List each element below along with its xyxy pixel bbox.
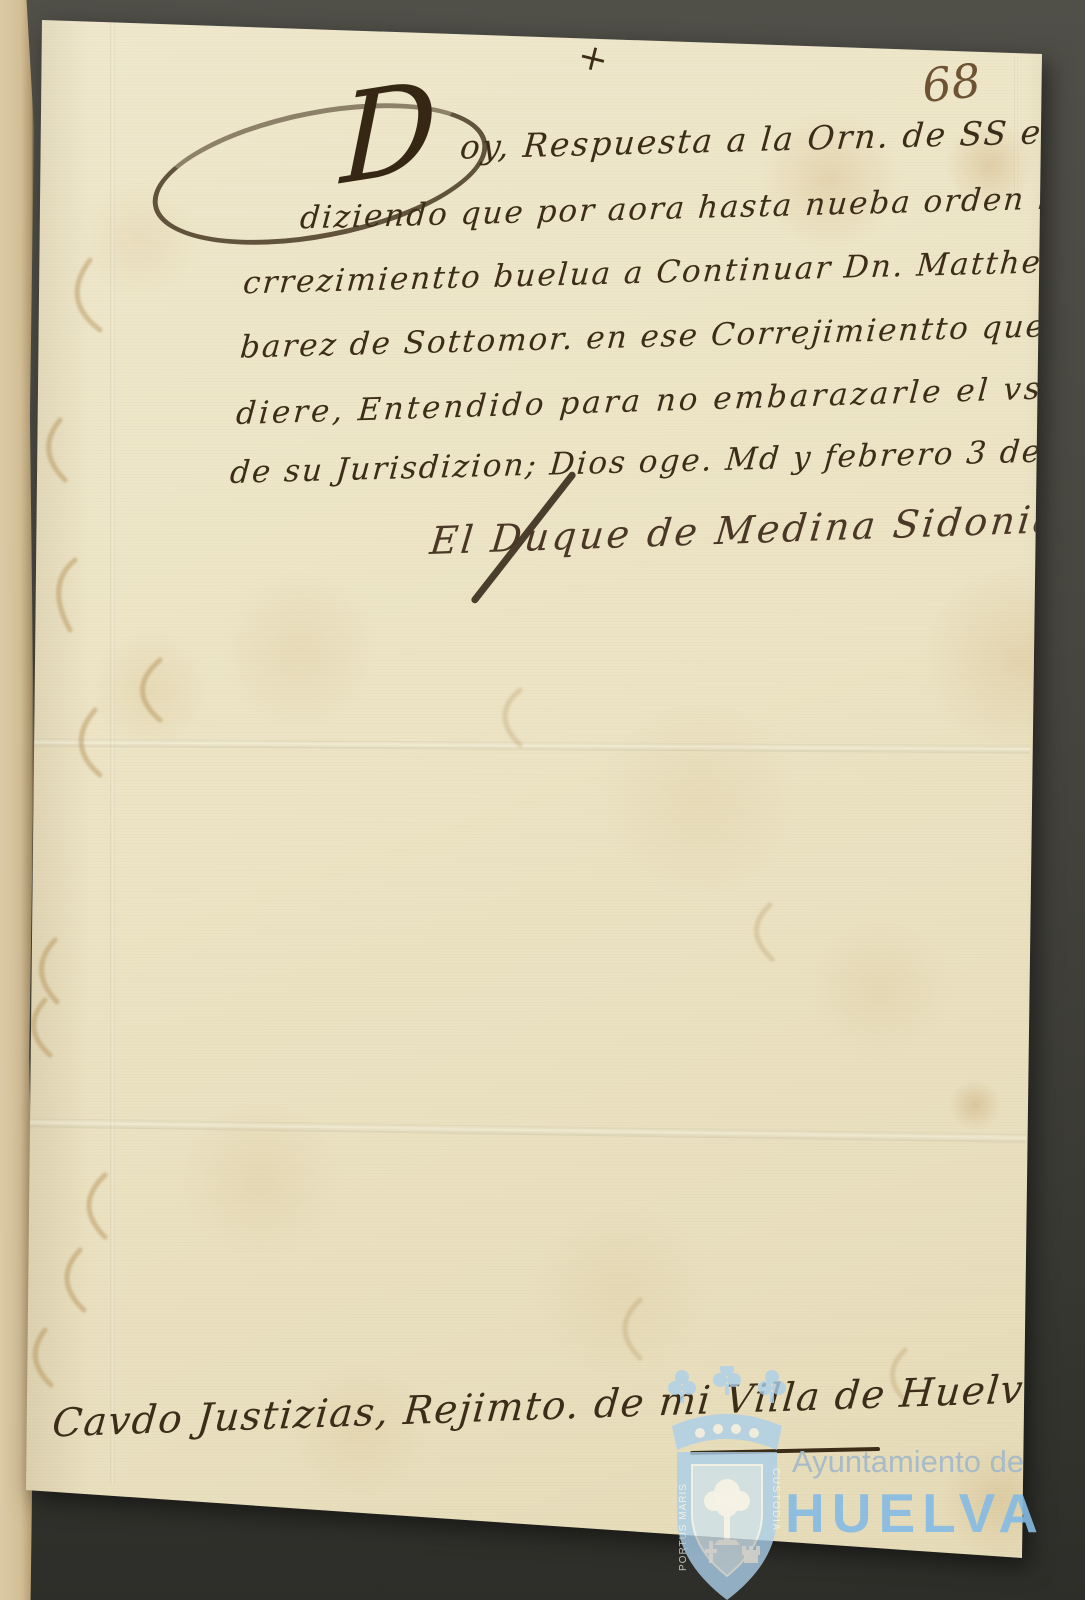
- text-line-5: diere, Entendido para no embarazarle el …: [235, 370, 1066, 432]
- scanned-manuscript: + 68 D oy, Respuesta a la Orn. de SS el …: [0, 0, 1085, 1600]
- huelva-coat-of-arms-watermark: PORTUS MARIS CUSTODIA: [652, 1366, 802, 1600]
- signature: El Duque de Medina Sidonia: [428, 497, 1061, 563]
- page-number: 68: [919, 53, 983, 113]
- crown: [672, 1414, 782, 1450]
- text-line-6: de su Jurisdizion; Dios oge. Md y febrer…: [229, 431, 1085, 491]
- text-line-4: barez de Sottomor. en ese Correjimientto…: [239, 306, 1085, 365]
- trefoil-ornaments: [668, 1366, 786, 1403]
- address-line: Cavdo Justizias, Rejimto. de mi Villa de…: [50, 1367, 1050, 1447]
- watermark-city-name: HUELVA: [785, 1481, 1045, 1545]
- invocation-cross: +: [573, 35, 612, 82]
- fold-crease-lower: [26, 1118, 1026, 1143]
- shield-motto-right: CUSTODIA: [770, 1468, 781, 1532]
- initial-capital: D: [340, 63, 439, 202]
- text-line-1: oy, Respuesta a la Orn. de SS el pasado: [459, 108, 1085, 166]
- binding-crease: [110, 20, 115, 1485]
- tower-charge: [742, 1546, 760, 1563]
- ink-bleedthrough-marks: [0, 0, 1085, 1600]
- fold-crease-upper: [30, 739, 1030, 754]
- watermark-org-name: Ayuntamiento de: [792, 1444, 1024, 1480]
- shield-motto-left: PORTUS MARIS: [678, 1483, 689, 1571]
- initial-flourish: [141, 79, 499, 270]
- manuscript-page: + 68 D oy, Respuesta a la Orn. de SS el …: [0, 0, 1085, 1600]
- text-line-3: crrezimientto buelua a Continuar Dn. Mat…: [242, 243, 1085, 302]
- paper-shadow-wrap: + 68 D oy, Respuesta a la Orn. de SS el …: [0, 0, 1085, 1600]
